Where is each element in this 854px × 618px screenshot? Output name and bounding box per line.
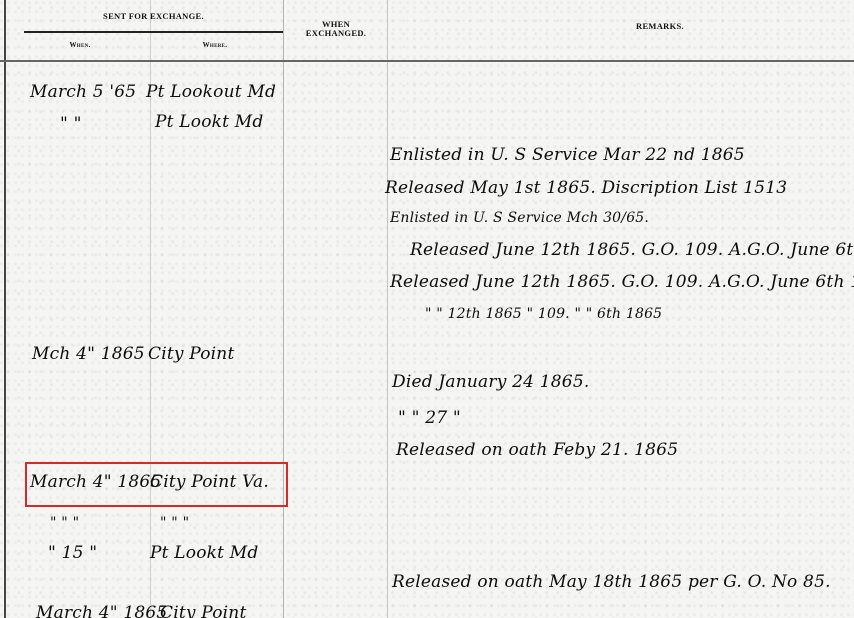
column-divider-where [283, 0, 284, 618]
entry-where: Pt Lookout Md [146, 82, 276, 102]
remark-line: Released on oath Feby 21. 1865 [396, 440, 678, 460]
entry-where: City Point [148, 344, 235, 364]
remark-line: Released on oath May 18th 1865 per G. O.… [392, 572, 831, 592]
remark-line: Released June 12th 1865. G.O. 109. A.G.O… [390, 272, 854, 292]
ledger-page: SENT FOR EXCHANGE. When. Where. WHEN EXC… [0, 0, 854, 618]
entry-where: Pt Lookt Md [150, 543, 258, 563]
entry-where-partial: City Point [160, 603, 247, 618]
remark-line: " " 27 " [398, 408, 461, 428]
header-subrule [24, 31, 283, 33]
entry-where: Pt Lookt Md [155, 112, 263, 132]
remark-line: Enlisted in U. S Service Mch 30/65. [390, 210, 649, 226]
header-sent-for-exchange: SENT FOR EXCHANGE. [24, 12, 283, 21]
entry-when-highlighted: March 4" 1865 [30, 472, 161, 492]
remark-line: Released May 1st 1865. Discription List … [385, 178, 787, 198]
column-divider-exchanged [387, 0, 388, 618]
entry-when: " 15 " [48, 543, 97, 563]
page-edge-line [4, 0, 6, 618]
remark-line: " " 12th 1865 " 109. " " 6th 1865 [425, 306, 662, 322]
entry-when: " " " [50, 515, 79, 531]
entry-when: " " [60, 114, 82, 134]
entry-when: Mch 4" 1865 [32, 344, 145, 364]
remark-line: Died January 24 1865. [392, 372, 589, 392]
entry-where-highlighted: City Point Va. [150, 472, 269, 492]
entry-where: " " " [160, 515, 189, 531]
entry-when: March 5 '65 [30, 82, 136, 102]
header-remarks: REMARKS. [600, 22, 720, 31]
remark-line: Released June 12th 1865. G.O. 109. A.G.O… [410, 240, 854, 260]
entry-when-partial: March 4" 1865 [36, 603, 167, 618]
header-when-exchanged-2: EXCHANGED. [290, 29, 382, 38]
header-when: When. [50, 41, 110, 50]
header-where: Where. [185, 41, 245, 50]
remark-line: Enlisted in U. S Service Mar 22 nd 1865 [390, 145, 745, 165]
header-rule [0, 60, 854, 62]
